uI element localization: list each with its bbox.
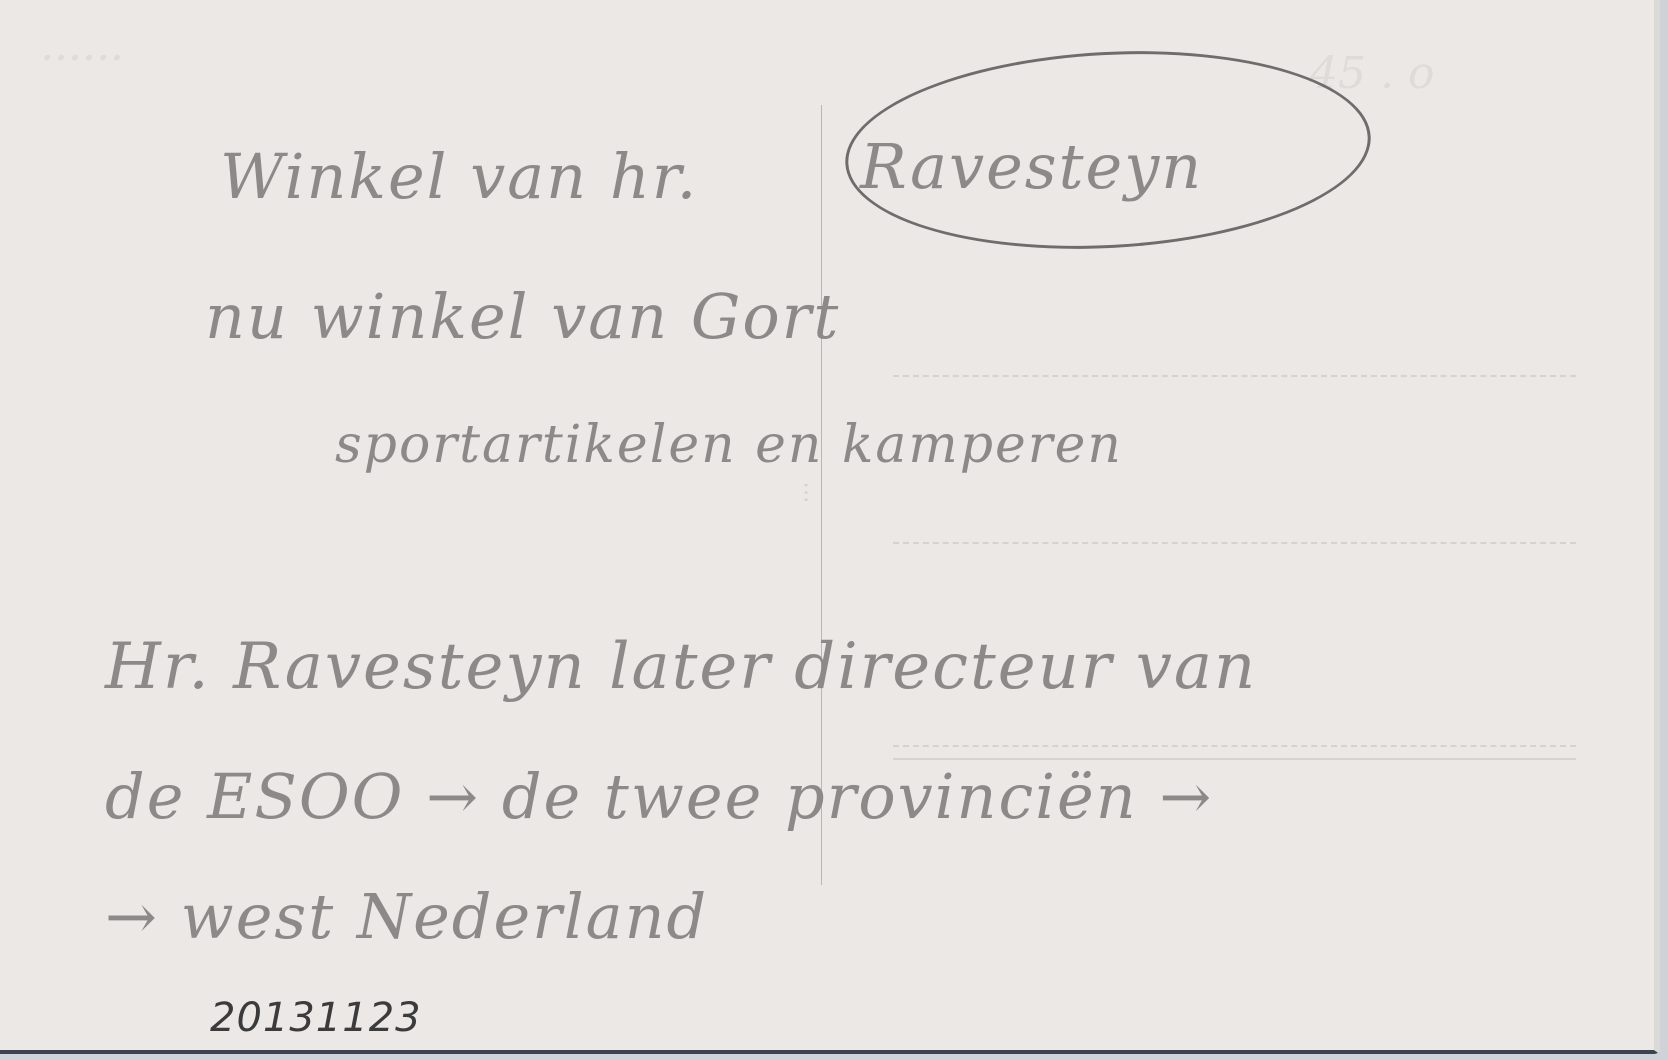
handwritten-line-6: → west Nederland	[105, 880, 708, 953]
address-line	[893, 542, 1576, 544]
faint-erased-mark: ......	[40, 20, 124, 71]
handwritten-line-5: de ESOO → de twee provinciën →	[105, 760, 1213, 833]
address-line	[893, 745, 1576, 747]
address-line	[893, 375, 1576, 377]
archive-number: 20131123	[210, 995, 422, 1041]
postcard: ...... 45 . o … Winkel van hr. Ravesteyn…	[0, 0, 1660, 1054]
circled-name: Ravesteyn	[860, 130, 1203, 203]
handwritten-line-1: Winkel van hr.	[220, 140, 698, 213]
handwritten-line-4: Hr. Ravesteyn later directeur van	[105, 630, 1257, 704]
handwritten-line-2: nu winkel van Gort	[205, 280, 840, 353]
stamp-mark: …	[789, 482, 814, 504]
handwritten-line-3: sportartikelen en kamperen	[335, 415, 1123, 475]
